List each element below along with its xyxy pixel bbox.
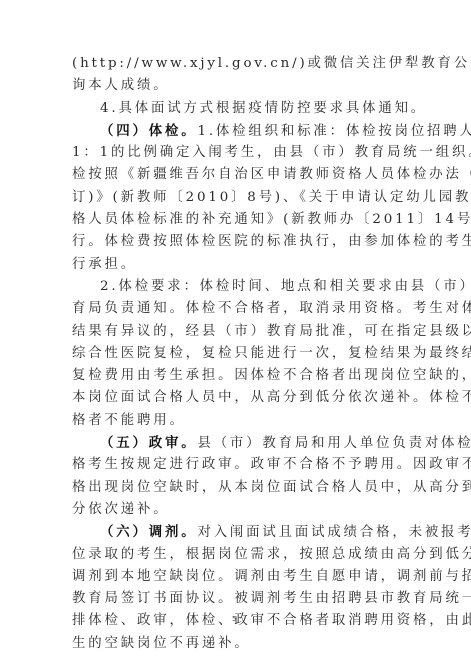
- text-line: 订)》(新教师〔2010〕8号)、《关于申请认定幼儿园教师资: [72, 187, 400, 209]
- text-line: 询本人成绩。: [72, 75, 400, 97]
- document-page: (http://www.xjyl.gov.cn/)或微信关注伊犁教育公众号查 询…: [0, 0, 471, 666]
- text-line: 分依次递补。: [72, 499, 400, 521]
- section-heading: （四）体检。: [100, 123, 197, 139]
- text-line: 行。体检费按照体检医院的标准执行，由参加体检的考生自: [72, 231, 400, 253]
- text-line: 生的空缺岗位不再递补。: [72, 633, 400, 655]
- text-line: 复检费用由考生承担。因体检不合格者出现岗位空缺的，从: [72, 365, 400, 387]
- text-line: 检按照《新疆维吾尔自治区申请教师资格人员体检办法（修: [72, 164, 400, 186]
- text-line: 格人员体检标准的补充通知》(新教师办〔2011〕14号）执: [72, 209, 400, 231]
- text-line: 本岗位面试合格人员中，从高分到低分依次递补。体检不合: [72, 387, 400, 409]
- text-line: 1：1的比例确定入闱考生，由县（市）教育局统一组织。体: [72, 142, 400, 164]
- section-heading: （六）调剂。: [100, 524, 197, 540]
- text-line: 调剂到本地空缺岗位。调剂由考生自愿申请，调剂前与招聘: [72, 566, 400, 588]
- text-line: 行承担。: [72, 254, 400, 276]
- text-line: 育局负责通知。体检不合格者，取消录用资格。考生对体检: [72, 298, 400, 320]
- text-line: 教育局签订书面协议。被调剂考生由招聘县市教育局统一安: [72, 588, 400, 610]
- section-heading: （五）政审。: [100, 435, 197, 451]
- section-heading-line: （五）政审。县（市）教育局和用人单位负责对体检合: [72, 432, 400, 454]
- section-heading-line: （六）调剂。对入闱面试且面试成绩合格，未被报考岗: [72, 521, 400, 543]
- section-heading-line: （四）体检。1.体检组织和标准：体检按岗位招聘人数: [72, 120, 400, 142]
- text-line: 位录取的考生，根据岗位需求，按照总成绩由高分到低分，: [72, 544, 400, 566]
- text-line: 格考生按规定进行政审。政审不合格不予聘用。因政审不合: [72, 454, 400, 476]
- text-line: 格出现岗位空缺时，从本岗位面试合格人员中，从高分到低: [72, 477, 400, 499]
- text-line: 4.具体面试方式根据疫情防控要求具体通知。: [72, 98, 400, 120]
- text-line: 格者不能聘用。: [72, 410, 400, 432]
- text-line: (http://www.xjyl.gov.cn/)或微信关注伊犁教育公众号查: [72, 53, 400, 75]
- body-text: (http://www.xjyl.gov.cn/)或微信关注伊犁教育公众号查 询…: [72, 53, 400, 655]
- page-number: 5: [232, 615, 236, 623]
- text-line: 2.体检要求：体检时间、地点和相关要求由县（市）教: [72, 276, 400, 298]
- text-line: 结果有异议的，经县（市）教育局批准，可在指定县级以上: [72, 321, 400, 343]
- text-line: 综合性医院复检，复检只能进行一次，复检结果为最终结果，: [72, 343, 400, 365]
